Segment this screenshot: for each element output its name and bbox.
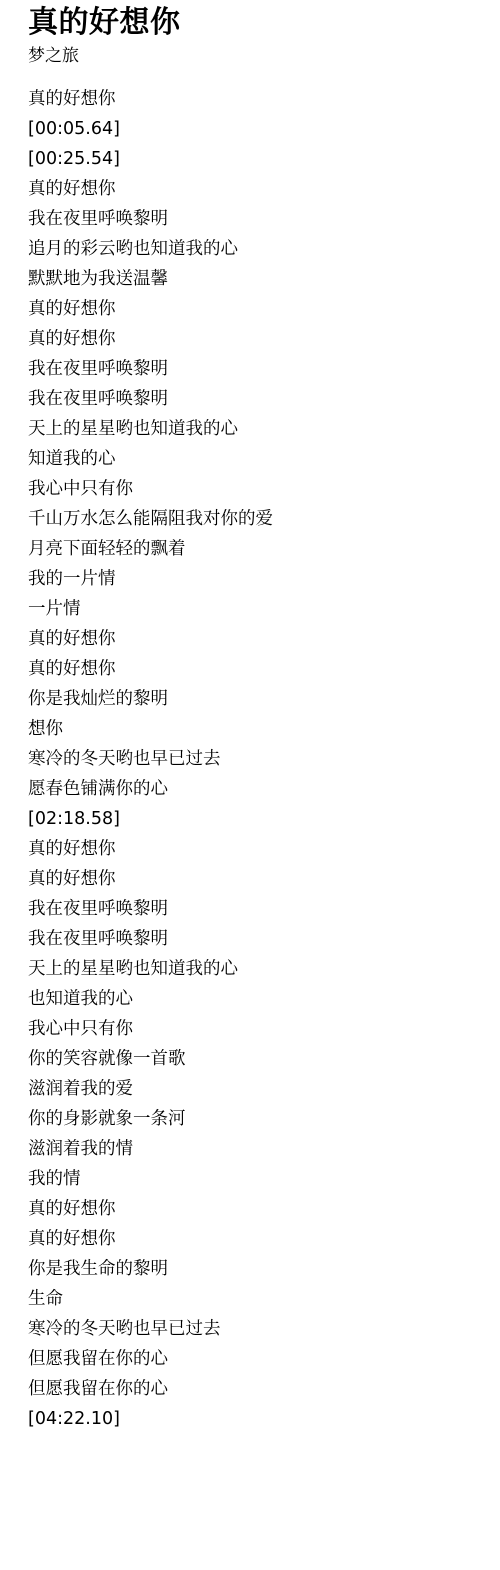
lyric-line: 真的好想你 (28, 174, 480, 204)
lyric-line: 我在夜里呼唤黎明 (28, 384, 480, 414)
lyric-line: 真的好想你 (28, 864, 480, 894)
lyric-line: 我在夜里呼唤黎明 (28, 204, 480, 234)
lyric-line: 生命 (28, 1284, 480, 1314)
lyric-line: [02:18.58] (28, 804, 480, 834)
lyric-line: 我在夜里呼唤黎明 (28, 924, 480, 954)
lyric-line: 我心中只有你 (28, 474, 480, 504)
lyric-line: 我的一片情 (28, 564, 480, 594)
artist-name: 梦之旅 (28, 46, 480, 67)
lyric-line: 我在夜里呼唤黎明 (28, 894, 480, 924)
lyric-line: [04:22.10] (28, 1404, 480, 1434)
lyric-line: 愿春色铺满你的心 (28, 774, 480, 804)
lyric-line: 真的好想你 (28, 654, 480, 684)
lyric-line: 我心中只有你 (28, 1014, 480, 1044)
lyric-line: 天上的星星哟也知道我的心 (28, 414, 480, 444)
lyric-line: [00:25.54] (28, 144, 480, 174)
lyric-line: 真的好想你 (28, 624, 480, 654)
lyric-line: 真的好想你 (28, 294, 480, 324)
lyric-line: 但愿我留在你的心 (28, 1374, 480, 1404)
lyric-line: 我在夜里呼唤黎明 (28, 354, 480, 384)
lyric-line: 也知道我的心 (28, 984, 480, 1014)
lyric-line: 但愿我留在你的心 (28, 1344, 480, 1374)
lyric-line: 知道我的心 (28, 444, 480, 474)
lyric-line: 真的好想你 (28, 324, 480, 354)
lyrics-list: 真的好想你 [00:05.64] [00:25.54] 真的好想你 我在夜里呼唤… (28, 84, 480, 1434)
lyric-line: 想你 (28, 714, 480, 744)
lyric-line: [00:05.64] (28, 114, 480, 144)
lyric-line: 滋润着我的爱 (28, 1074, 480, 1104)
lyric-line: 我的情 (28, 1164, 480, 1194)
lyric-line: 你的笑容就像一首歌 (28, 1044, 480, 1074)
lyric-line: 寒冷的冬天哟也早已过去 (28, 1314, 480, 1344)
lyric-line: 真的好想你 (28, 1224, 480, 1254)
lyric-line: 月亮下面轻轻的飘着 (28, 534, 480, 564)
lyric-line: 你是我生命的黎明 (28, 1254, 480, 1284)
lyric-line: 真的好想你 (28, 1194, 480, 1224)
lyric-line: 千山万水怎么能隔阻我对你的爱 (28, 504, 480, 534)
lyric-line: 你是我灿烂的黎明 (28, 684, 480, 714)
lyric-line: 默默地为我送温馨 (28, 264, 480, 294)
lyrics-page: 真的好想你 梦之旅 真的好想你 [00:05.64] [00:25.54] 真的… (0, 0, 500, 1570)
lyric-line: 真的好想你 (28, 84, 480, 114)
lyric-line: 真的好想你 (28, 834, 480, 864)
lyric-line: 一片情 (28, 594, 480, 624)
lyric-line: 天上的星星哟也知道我的心 (28, 954, 480, 984)
lyric-line: 你的身影就象一条河 (28, 1104, 480, 1134)
lyric-line: 寒冷的冬天哟也早已过去 (28, 744, 480, 774)
lyric-line: 滋润着我的情 (28, 1134, 480, 1164)
page-title: 真的好想你 (28, 6, 480, 40)
lyric-line: 追月的彩云哟也知道我的心 (28, 234, 480, 264)
